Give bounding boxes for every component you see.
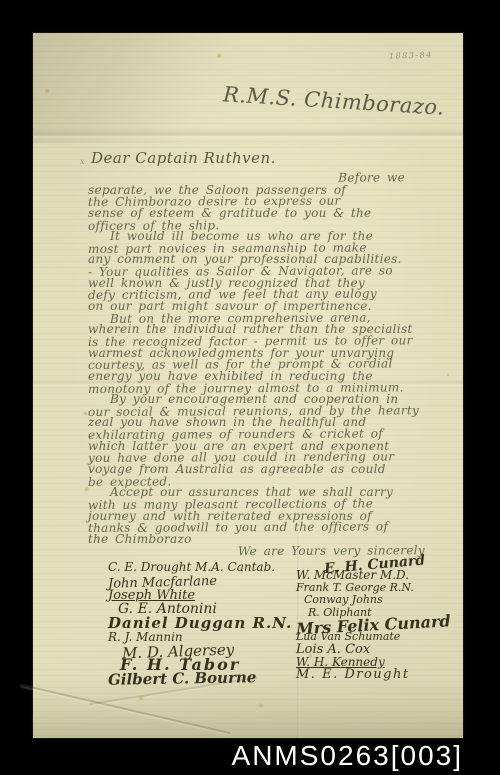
letter-line: the Chimborazo desire to express our bbox=[88, 195, 460, 209]
letter-line: monotony of the journey almost to a mini… bbox=[88, 382, 460, 396]
letter-line: our social & musical reunions, and by th… bbox=[88, 405, 460, 419]
letter-line: you have done all you could in rendering… bbox=[88, 451, 460, 465]
paper-fold-line-top bbox=[33, 129, 463, 139]
fox-spot bbox=[138, 695, 144, 701]
signature: M. E. Drought bbox=[296, 669, 466, 681]
fox-spot bbox=[216, 53, 223, 58]
letter-line: most part novices in seamanship to make bbox=[88, 242, 460, 256]
letter-line: defy criticism, and we feel that any eul… bbox=[88, 288, 460, 302]
signature-column-left: C. E. Drought M.A. Cantab.John Macfarlan… bbox=[108, 561, 313, 686]
letter-line: Before we bbox=[88, 172, 460, 186]
paper-shading-bottom bbox=[33, 678, 463, 738]
archive-reference-label: ANMS0263[003] bbox=[232, 740, 463, 772]
salutation: Dear Captain Ruthven. bbox=[91, 149, 276, 167]
pencil-annotation: 1883-84 bbox=[389, 50, 433, 61]
signature: Daniel Duggan R.N. bbox=[108, 617, 313, 631]
letter-line: courtesy, as well as for the prompt & co… bbox=[88, 358, 460, 372]
letter-line: thanks & goodwill to you and the officer… bbox=[88, 521, 460, 535]
letter-line: exhilarating games of rounders & cricket… bbox=[88, 428, 460, 442]
signature: Conway Johns bbox=[304, 594, 466, 606]
letter-line: is the recognized factor - permit us to … bbox=[88, 335, 460, 349]
fox-spot bbox=[44, 88, 50, 94]
letter-line: be expected. bbox=[88, 475, 460, 489]
letter-line: with us many pleasant recollections of t… bbox=[88, 498, 460, 512]
letter-body: Before weseparate, we the Saloon passeng… bbox=[88, 173, 460, 557]
letter-line: But on the more comprehensive arena, bbox=[88, 312, 460, 326]
letter-line: - Your qualities as Sailor & Navigator, … bbox=[88, 265, 460, 279]
margin-mark: x bbox=[80, 157, 85, 166]
fox-spot bbox=[258, 703, 264, 708]
letter-page: 1883-84 R.M.S. Chimborazo. x Dear Captai… bbox=[33, 33, 463, 738]
signature: Gilbert C. Bourne bbox=[108, 670, 313, 687]
letter-line: officers of the ship. bbox=[88, 219, 460, 233]
signature-column-right: E. H. CunardW. McMaster M.D.Frank T. Geo… bbox=[296, 557, 466, 681]
archival-photograph: 1883-84 R.M.S. Chimborazo. x Dear Captai… bbox=[0, 0, 500, 775]
